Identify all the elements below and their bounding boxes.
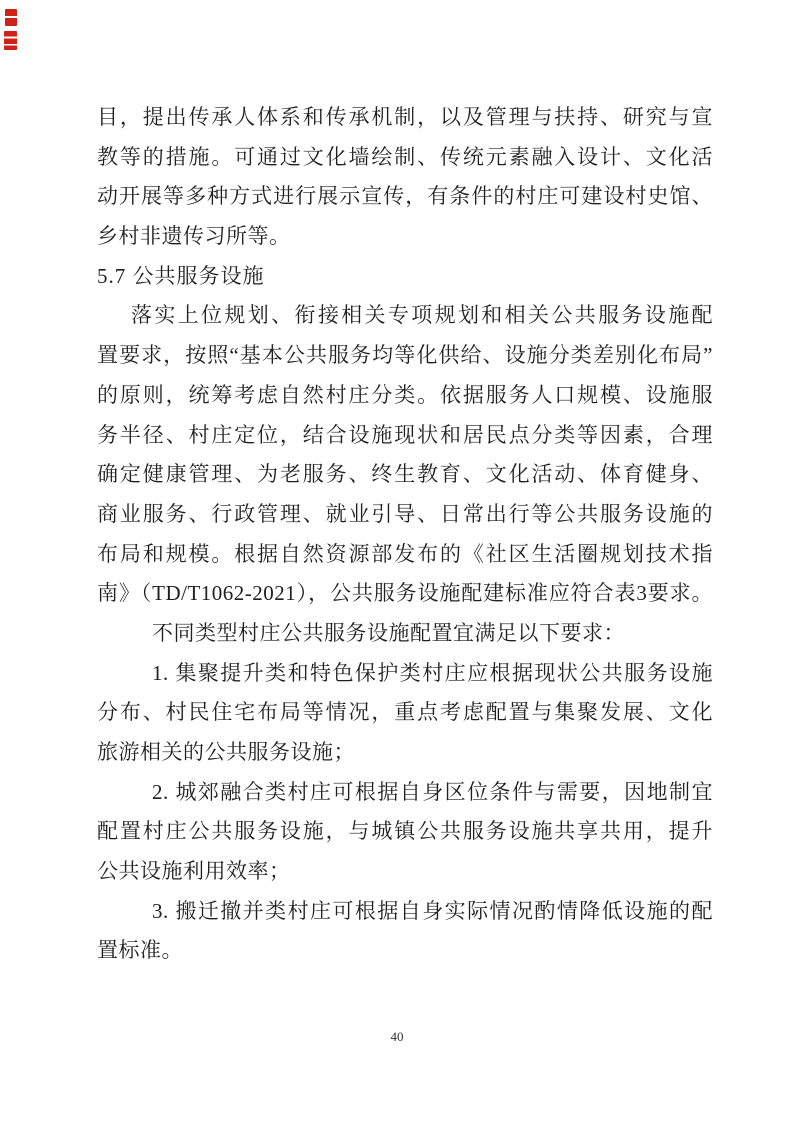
text-line: 分布、村民住宅布局等情况，重点考虑配置与集聚发展、文化: [97, 693, 713, 733]
text-line: 落实上位规划、衔接相关专项规划和相关公共服务设施配: [97, 296, 713, 336]
text-line: 商业服务、行政管理、就业引导、日常出行等公共服务设施的: [97, 495, 713, 535]
text-line: 教等的措施。可通过文化墙绘制、传统元素融入设计、文化活: [97, 138, 713, 178]
text-line: 不同类型村庄公共服务设施配置宜满足以下要求：: [97, 614, 713, 654]
text-line: 布局和规模。根据自然资源部发布的《社区生活圈规划技术指: [97, 535, 713, 575]
page-number: 40: [0, 1029, 794, 1045]
text-line-item-2: 2. 城郊融合类村庄可根据自身区位条件与需要，因地制宜: [97, 773, 713, 813]
red-annotation-mark: [5, 9, 17, 26]
text-line: 配置村庄公共服务设施，与城镇公共服务设施共享共用，提升: [97, 812, 713, 852]
text-line: 公共设施利用效率；: [97, 852, 713, 892]
text-line: 南》（TD/T1062-2021），公共服务设施配建标准应符合表3要求。: [97, 574, 713, 614]
text-line: 置标准。: [97, 931, 713, 971]
section-heading: 5.7 公共服务设施: [97, 257, 713, 297]
text-line: 旅游相关的公共服务设施；: [97, 733, 713, 773]
text-line: 务半径、村庄定位，结合设施现状和居民点分类等因素，合理: [97, 416, 713, 456]
text-line: 动开展等多种方式进行展示宣传，有条件的村庄可建设村史馆、: [97, 177, 713, 217]
text-line: 的原则，统筹考虑自然村庄分类。依据服务人口规模、设施服: [97, 376, 713, 416]
document-page: 目，提出传承人体系和传承机制，以及管理与扶持、研究与宣 教等的措施。可通过文化墙…: [0, 0, 794, 1122]
text-line: 目，提出传承人体系和传承机制，以及管理与扶持、研究与宣: [97, 98, 713, 138]
text-line: 置要求，按照“基本公共服务均等化供给、设施分类差别化布局”: [97, 336, 713, 376]
text-line-item-3: 3. 搬迁撤并类村庄可根据自身实际情况酌情降低设施的配: [97, 892, 713, 932]
text-line: 乡村非遗传习所等。: [97, 217, 713, 257]
text-line-item-1: 1. 集聚提升类和特色保护类村庄应根据现状公共服务设施: [97, 654, 713, 694]
text-line: 确定健康管理、为老服务、终生教育、文化活动、体育健身、: [97, 455, 713, 495]
red-annotation-mark: [4, 31, 17, 50]
document-body: 目，提出传承人体系和传承机制，以及管理与扶持、研究与宣 教等的措施。可通过文化墙…: [97, 98, 713, 971]
